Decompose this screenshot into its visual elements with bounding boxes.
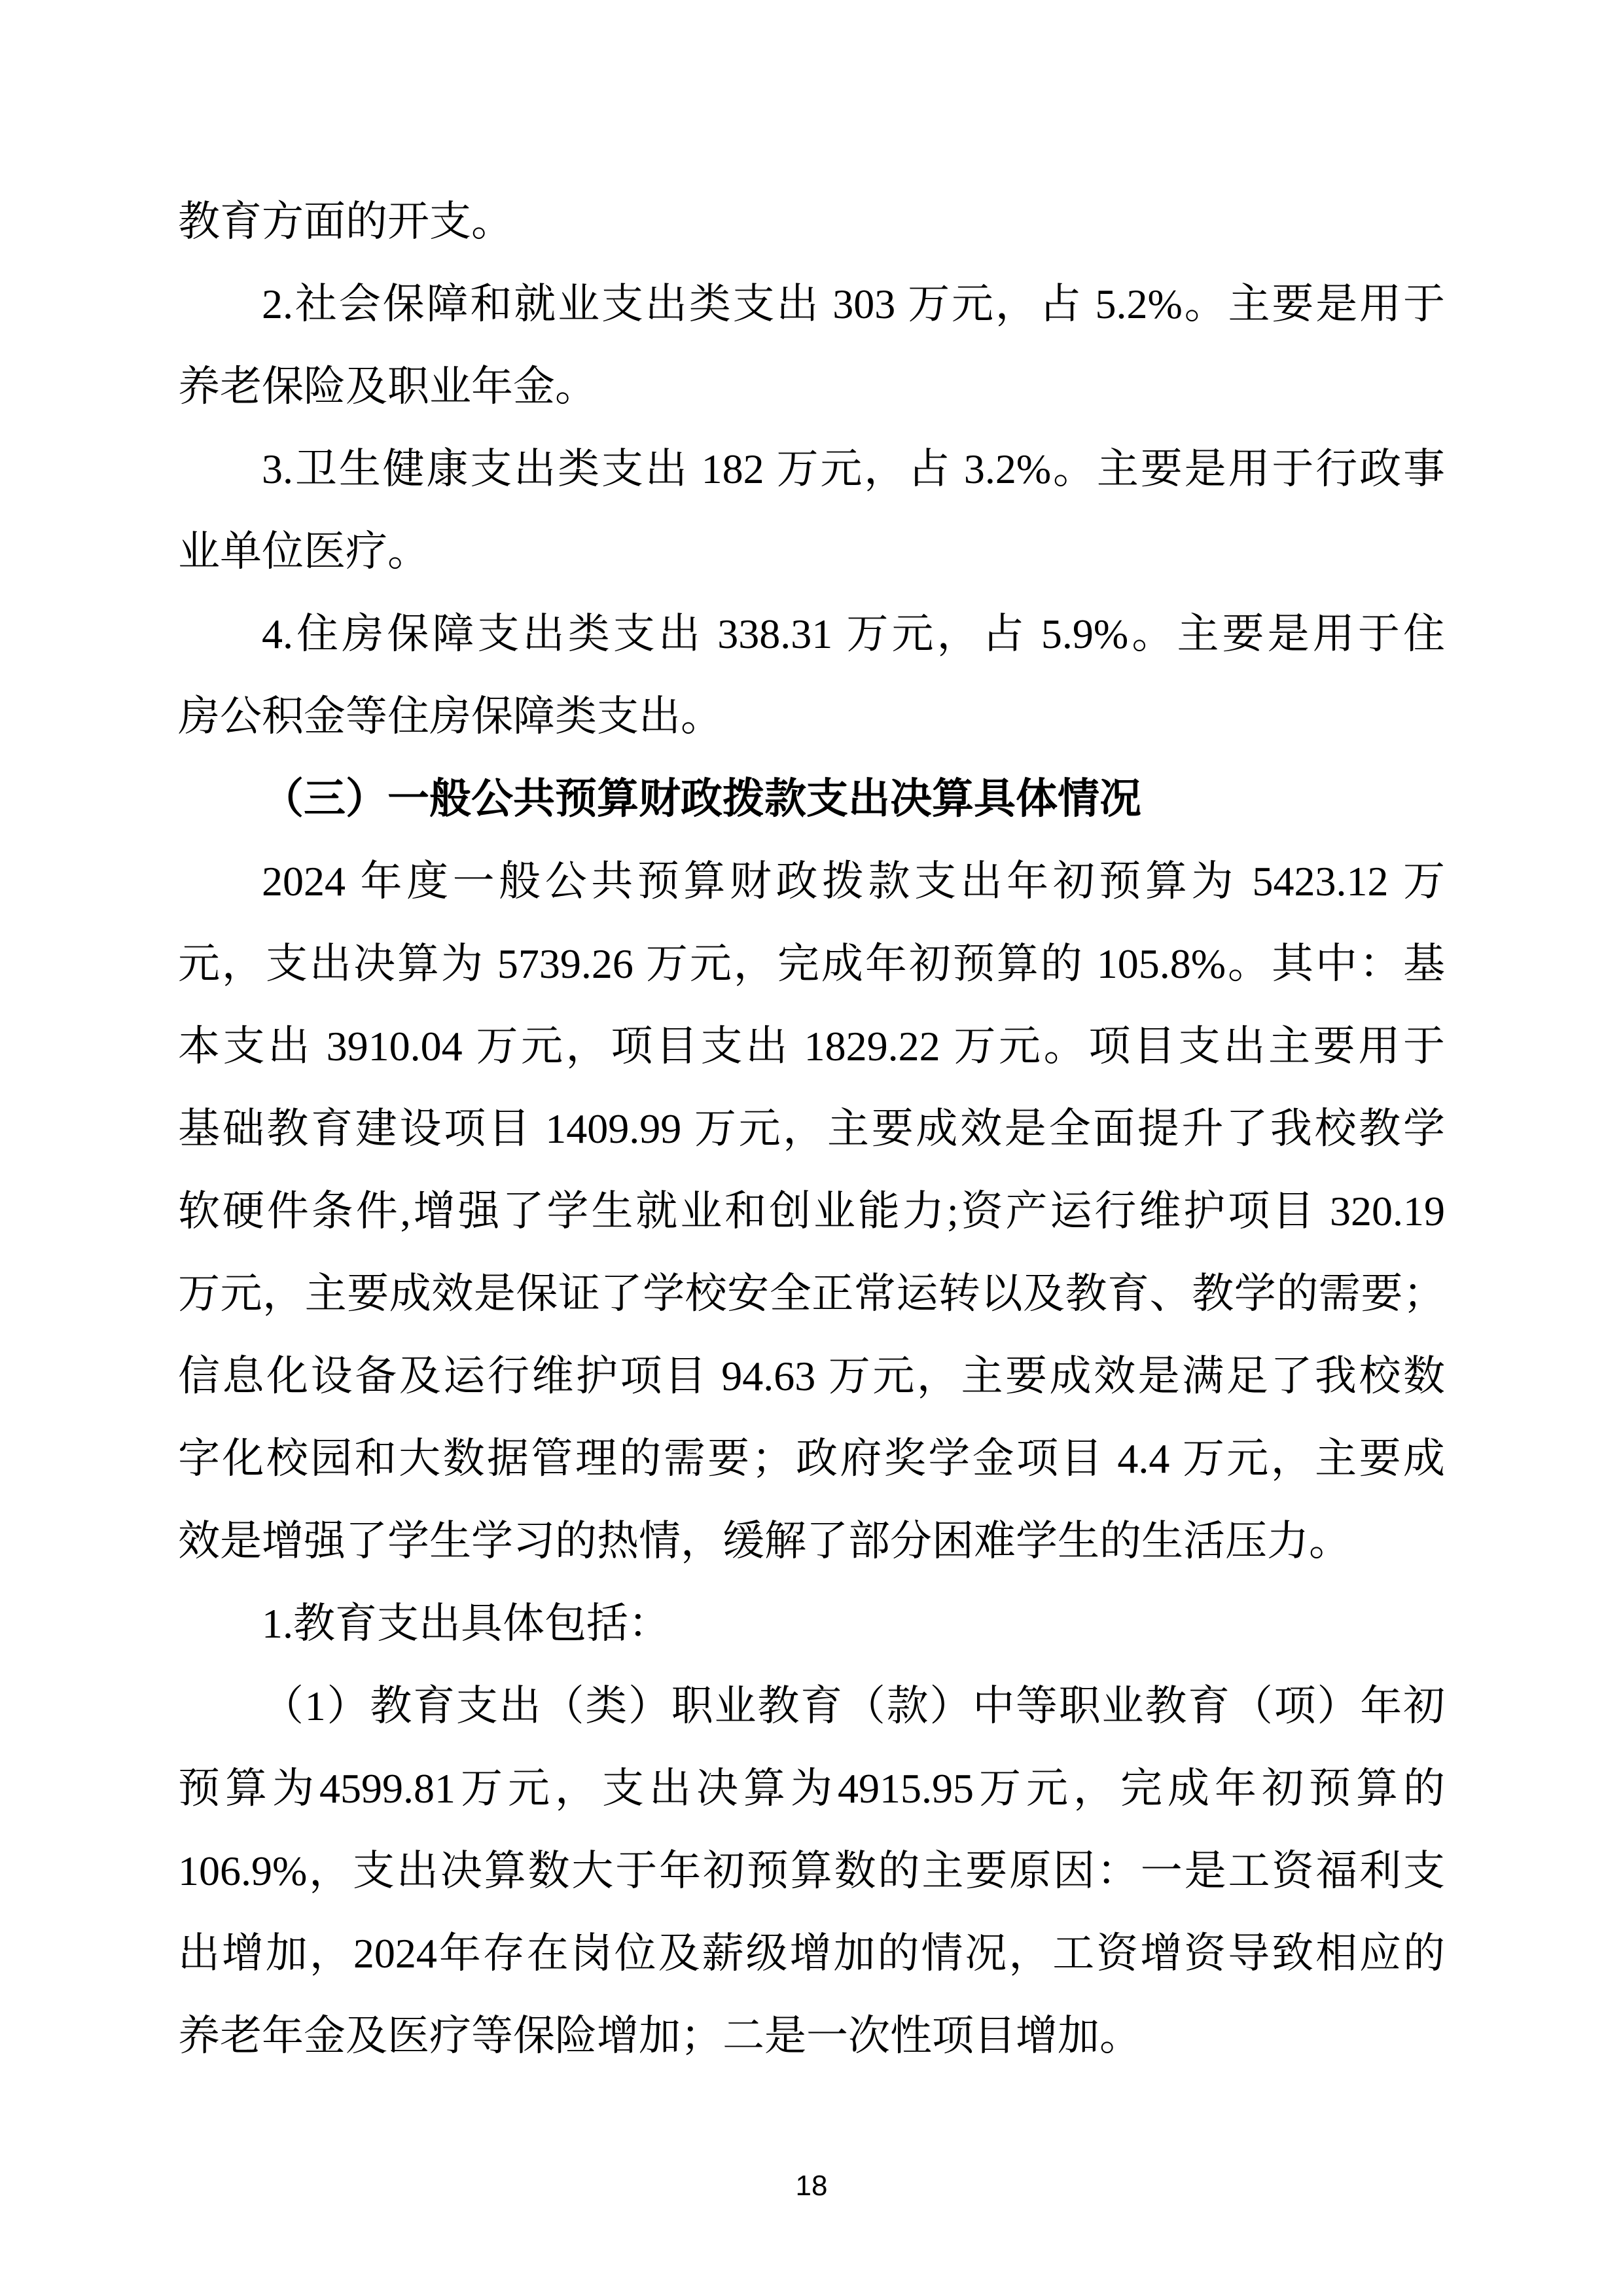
text-line: 出增加，2024年存在岗位及薪级增加的情况，工资增资导致相应的 <box>178 1912 1445 1995</box>
text-line: 字化校园和大数据管理的需要；政府奖学金项目 4.4 万元，主要成 <box>178 1418 1445 1500</box>
text-line: 教育方面的开支。 <box>178 181 1445 263</box>
text-line: 预算为4599.81万元，支出决算为4915.95万元，完成年初预算的 <box>178 1748 1445 1830</box>
text-line: （1）教育支出（类）职业教育（款）中等职业教育（项）年初 <box>178 1665 1445 1748</box>
text-line: 106.9%，支出决算数大于年初预算数的主要原因：一是工资福利支 <box>178 1830 1445 1912</box>
text-line: 元，支出决算为 5739.26 万元，完成年初预算的 105.8%。其中：基 <box>178 923 1445 1005</box>
text-line: 2024 年度一般公共预算财政拨款支出年初预算为 5423.12 万 <box>178 840 1445 923</box>
text-line: 4.住房保障支出类支出 338.31 万元，占 5.9%。主要是用于住 <box>178 593 1445 675</box>
text-line: （三）一般公共预算财政拨款支出决算具体情况 <box>178 758 1445 840</box>
text-line: 效是增强了学生学习的热情，缓解了部分困难学生的生活压力。 <box>178 1500 1445 1583</box>
text-line: 软硬件条件,增强了学生就业和创业能力;资产运行维护项目 320.19 <box>178 1170 1445 1253</box>
text-line: 本支出 3910.04 万元，项目支出 1829.22 万元。项目支出主要用于 <box>178 1005 1445 1088</box>
page-number: 18 <box>0 2166 1623 2206</box>
text-line: 房公积金等住房保障类支出。 <box>178 675 1445 758</box>
text-line: 万元，主要成效是保证了学校安全正常运转以及教育、教学的需要； <box>178 1253 1445 1335</box>
text-line: 业单位医疗。 <box>178 511 1445 593</box>
text-line: 养老年金及医疗等保险增加；二是一次性项目增加。 <box>178 1995 1445 2077</box>
text-line: 1.教育支出具体包括： <box>178 1583 1445 1665</box>
text-line: 信息化设备及运行维护项目 94.63 万元，主要成效是满足了我校数 <box>178 1335 1445 1418</box>
text-block: 教育方面的开支。2.社会保障和就业支出类支出 303 万元，占 5.2%。主要是… <box>178 181 1445 2077</box>
text-line: 2.社会保障和就业支出类支出 303 万元，占 5.2%。主要是用于 <box>178 263 1445 346</box>
text-line: 基础教育建设项目 1409.99 万元，主要成效是全面提升了我校教学 <box>178 1088 1445 1170</box>
text-line: 3.卫生健康支出类支出 182 万元，占 3.2%。主要是用于行政事 <box>178 428 1445 511</box>
text-line: 养老保险及职业年金。 <box>178 346 1445 428</box>
document-page: 教育方面的开支。2.社会保障和就业支出类支出 303 万元，占 5.2%。主要是… <box>0 0 1623 2296</box>
